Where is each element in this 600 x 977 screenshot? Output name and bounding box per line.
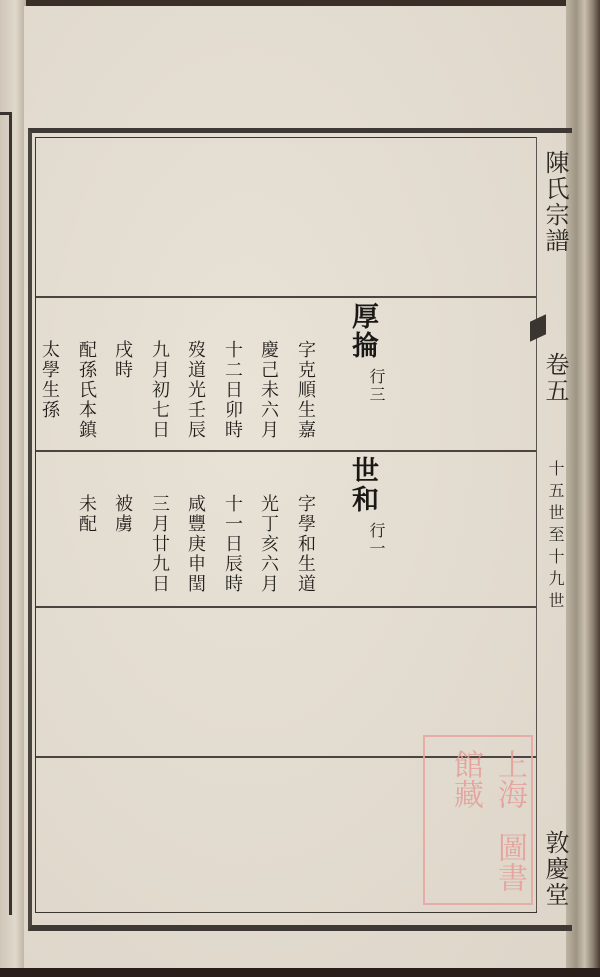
margin-column-line	[536, 137, 537, 911]
hall-name: 敦慶堂	[538, 830, 573, 908]
left-page-frame	[0, 112, 12, 915]
row-divider-1	[36, 296, 536, 298]
entry-2-line-5: 三月廿九日	[146, 494, 172, 594]
entry-2-line-3: 十一日辰時	[219, 494, 245, 594]
entry-2-line-4: 咸豐庚申閏	[182, 494, 208, 594]
entry-1-line-8: 太學生孫	[36, 340, 62, 420]
row-divider-3	[36, 606, 536, 608]
library-seal-stamp: 上海 圖書 館藏	[423, 735, 533, 905]
entry-2-name: 世和	[343, 456, 382, 514]
entry-2-line-2: 光丁亥六月	[255, 494, 281, 594]
entry-2-line-7: 未配	[73, 494, 99, 534]
generation-range: 十五世至十九世	[544, 460, 567, 614]
row-divider-2	[36, 450, 536, 452]
entry-1-line-5: 九月初七日	[146, 340, 172, 440]
seal-text-1: 上海	[487, 737, 531, 820]
entry-1-rank: 行三	[365, 368, 388, 404]
volume-label: 卷五	[538, 352, 573, 404]
book-title: 陳氏宗譜	[538, 150, 573, 254]
entry-2-rank: 行一	[365, 522, 388, 558]
entry-1-line-6: 戌時	[109, 340, 135, 380]
entry-1-line-3: 十二日卯時	[219, 340, 245, 440]
entry-1-line-2: 慶己未六月	[255, 340, 281, 440]
seal-text-3: 館藏	[443, 737, 487, 820]
entry-1-line-7: 配孫氏本鎮	[73, 340, 99, 440]
seal-text-2: 圖書	[487, 820, 531, 903]
entry-2-line-6: 被虜	[109, 494, 135, 534]
book-bottom-edge	[0, 968, 600, 977]
entry-1-name: 厚掄	[343, 302, 382, 360]
entry-2-line-1: 字學和生道	[292, 494, 318, 594]
left-facing-page-edge	[0, 0, 26, 977]
entry-1-line-1: 字克順生嘉	[292, 340, 318, 440]
entry-1-line-4: 歿道光壬辰	[182, 340, 208, 440]
